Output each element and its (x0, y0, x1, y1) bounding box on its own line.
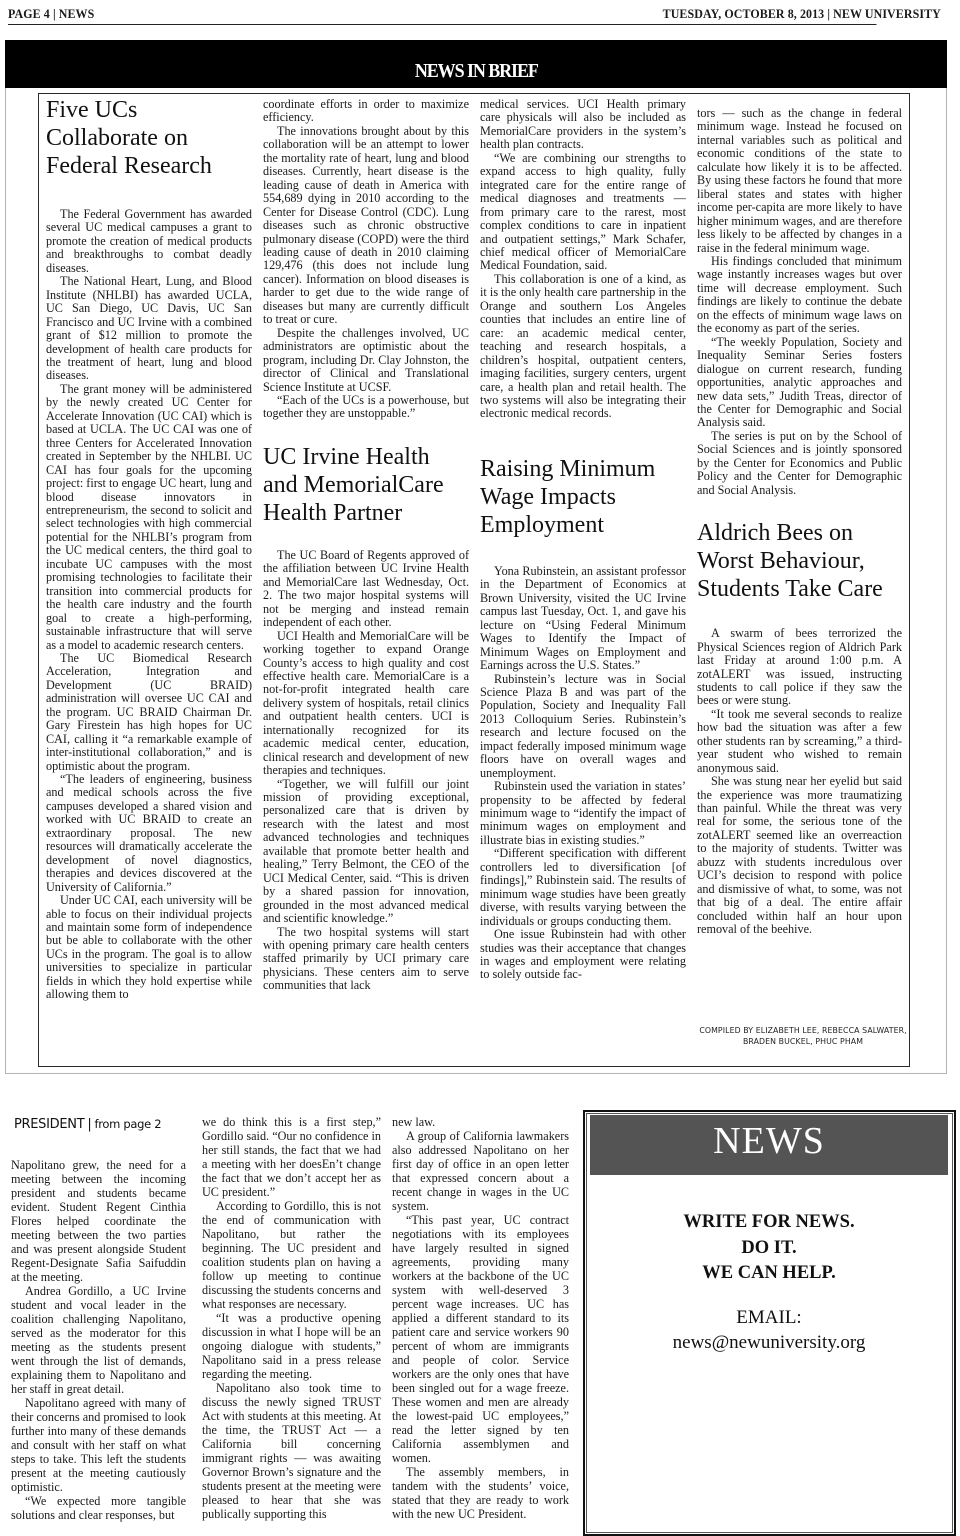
headline-five-ucs: Five UCs Collaborate on Federal Research (46, 96, 252, 180)
article-paragraph: Despite the challenges involved, UC admi… (263, 327, 469, 394)
ad-banner: NEWS (590, 1115, 948, 1175)
article-paragraph: One issue Rubinstein had with other stud… (480, 928, 686, 982)
article-paragraph: tors — such as the change in federal min… (697, 107, 902, 255)
article-paragraph: According to Gordillo, this is not the e… (202, 1199, 381, 1311)
ad-cta-line: WRITE FOR NEWS. (590, 1210, 948, 1236)
ad-email-label: EMAIL: (590, 1305, 948, 1330)
article-paragraph: “Together, we will fulfill our joint mis… (263, 778, 469, 926)
headline-minimum-wage: Raising Minimum Wage Impacts Employment (480, 455, 686, 539)
jump-story-column-3: new law. A group of California lawmakers… (392, 1115, 569, 1521)
article-paragraph: This collaboration is one of a kind, as … (480, 273, 686, 421)
section-banner: NEWS IN BRIEF (5, 40, 947, 88)
article-paragraph: Napolitano grew, the need for a meeting … (11, 1158, 186, 1284)
article-paragraph: She was stung near her eyelid but said t… (697, 775, 902, 936)
article-paragraph: “It took me several seconds to realize h… (697, 708, 902, 775)
article-paragraph: “Different specification with different … (480, 847, 686, 928)
article-paragraph: “The leaders of engineering, business an… (46, 773, 252, 894)
ad-email-link[interactable]: news@newuniversity.org (590, 1330, 948, 1355)
article-paragraph: “It was a productive opening discussion … (202, 1311, 381, 1381)
article-paragraph: “This past year, UC contract negotiation… (392, 1213, 569, 1465)
brief-column-1: Five UCs Collaborate on Federal Research… (46, 96, 252, 1002)
brief-column-2: coordinate efforts in order to maximize … (263, 98, 469, 993)
article-paragraph: UCI Health and MemorialCare will be work… (263, 630, 469, 778)
article-paragraph: Andrea Gordillo, a UC Irvine student and… (11, 1284, 186, 1396)
article-paragraph: Napolitano also took time to discuss the… (202, 1381, 381, 1521)
article-paragraph: Rubinstein used the variation in states’… (480, 780, 686, 847)
article-paragraph: The UC Board of Regents approved of the … (263, 549, 469, 630)
compiled-by-credit: COMPILED BY ELIZABETH LEE, REBECCA SALWA… (697, 1025, 909, 1047)
issue-date-label: TUESDAY, OCTOBER 8, 2013 | NEW UNIVERSIT… (663, 6, 941, 24)
article-paragraph: A swarm of bees terrorized the Physical … (697, 627, 902, 708)
article-paragraph: “We expected more tangible solutions and… (11, 1494, 186, 1522)
ad-cta-line: DO IT. (590, 1236, 948, 1262)
article-paragraph: “Each of the UCs is a powerhouse, but to… (263, 394, 469, 421)
article-paragraph: coordinate efforts in order to maximize … (263, 98, 469, 125)
article-paragraph: Rubinstein’s lecture was in Social Scien… (480, 673, 686, 781)
jump-story-from-page: from page 2 (94, 1117, 161, 1131)
article-paragraph: we do think this is a first step,” Gordi… (202, 1115, 381, 1199)
brief-column-3: medical services. UCI Health primary car… (480, 98, 686, 982)
article-paragraph: The grant money will be administered by … (46, 383, 252, 652)
jump-story-slug: PRESIDENT (14, 1117, 84, 1132)
article-paragraph: Under UC CAI, each university will be ab… (46, 894, 252, 1002)
article-paragraph: medical services. UCI Health primary car… (480, 98, 686, 152)
article-paragraph: The Federal Government has awarded sever… (46, 208, 252, 275)
section-banner-title: NEWS IN BRIEF (415, 60, 538, 88)
brief-column-4: tors — such as the change in federal min… (697, 107, 902, 937)
jump-story-header: PRESIDENT|from page 2 (14, 1117, 161, 1132)
article-paragraph: The UC Biomedical Research Acceleration,… (46, 652, 252, 773)
article-paragraph: The assembly members, in tandem with the… (392, 1465, 569, 1521)
article-paragraph: Napolitano agreed with many of their con… (11, 1396, 186, 1494)
article-paragraph: A group of California lawmakers also add… (392, 1129, 569, 1213)
article-paragraph: “The weekly Population, Society and Ineq… (697, 336, 902, 430)
ad-banner-title: NEWS (590, 1115, 948, 1167)
headline-aldrich-bees: Aldrich Bees on Worst Behaviour, Student… (697, 519, 902, 603)
page-section-label: PAGE 4 | NEWS (8, 6, 94, 24)
ad-cta-line: WE CAN HELP. (590, 1261, 948, 1287)
running-header: PAGE 4 | NEWS TUESDAY, OCTOBER 8, 2013 |… (8, 4, 876, 25)
article-paragraph: The innovations brought about by this co… (263, 125, 469, 327)
article-paragraph: His findings concluded that minimum wage… (697, 255, 902, 336)
article-paragraph: “We are combining our strengths to expan… (480, 152, 686, 273)
article-paragraph: Yona Rubinstein, an assistant professor … (480, 565, 686, 673)
article-paragraph: The National Heart, Lung, and Blood Inst… (46, 275, 252, 383)
article-paragraph: The two hospital systems will start with… (263, 926, 469, 993)
headline-uci-memorialcare: UC Irvine Health and MemorialCare Health… (263, 443, 469, 527)
article-paragraph: new law. (392, 1115, 569, 1129)
article-paragraph: The series is put on by the School of So… (697, 430, 902, 497)
jump-story-column-2: we do think this is a first step,” Gordi… (202, 1115, 381, 1521)
jump-story-separator: | (87, 1117, 91, 1132)
jump-story-column-1: Napolitano grew, the need for a meeting … (11, 1158, 186, 1522)
ad-body: WRITE FOR NEWS. DO IT. WE CAN HELP. EMAI… (590, 1210, 948, 1355)
